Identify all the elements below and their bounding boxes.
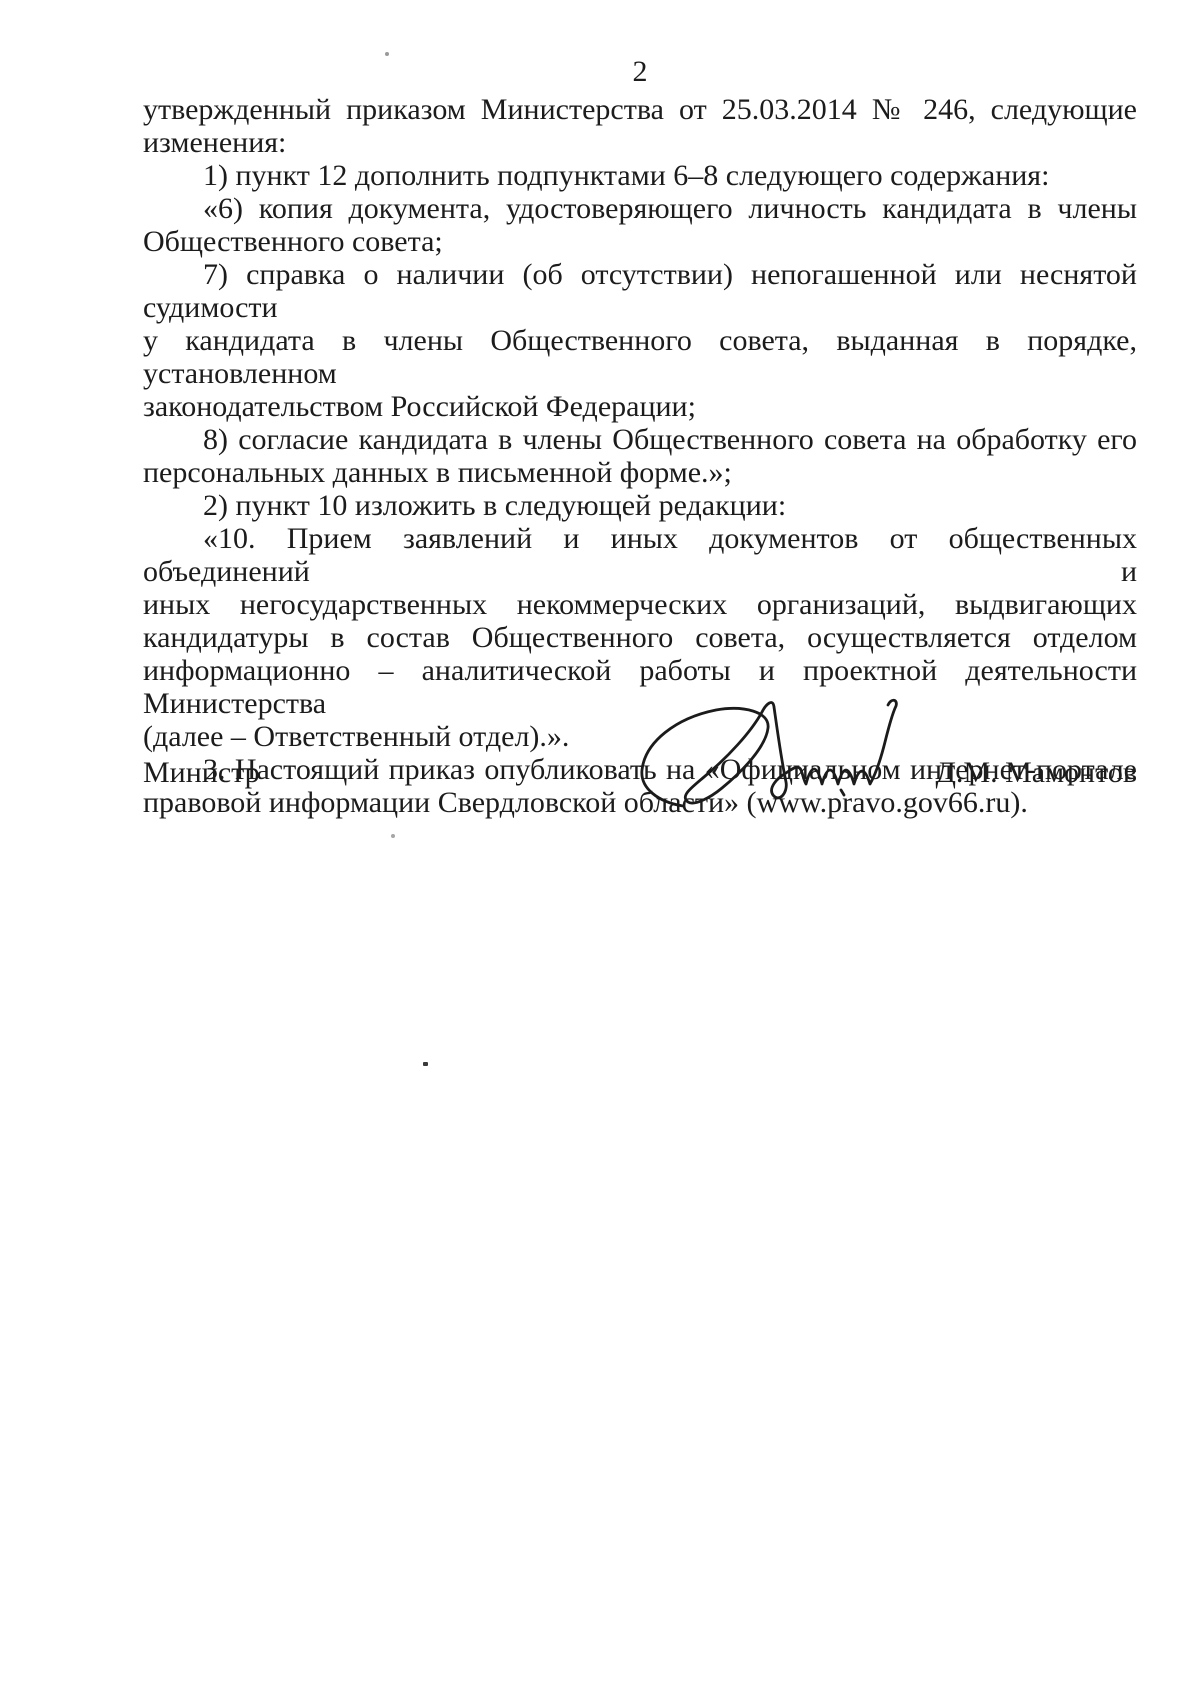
doc-line: у кандидата в члены Общественного совета… (143, 324, 1137, 390)
doc-line: 8) согласие кандидата в члены Общественн… (143, 423, 1137, 456)
doc-line: законодательством Российской Федерации; (143, 390, 1137, 423)
doc-line: кандидатуры в состав Общественного совет… (143, 621, 1137, 654)
doc-line: Общественного совета; (143, 225, 1137, 258)
doc-line: утвержденный приказом Министерства от 25… (143, 93, 1137, 126)
doc-line: «10. Прием заявлений и иных документов о… (143, 522, 1137, 588)
page-number: 2 (143, 55, 1137, 88)
doc-line: 1) пункт 12 дополнить подпунктами 6–8 сл… (143, 159, 1137, 192)
doc-line: персональных данных в письменной форме.»… (143, 456, 1137, 489)
doc-line: 2) пункт 10 изложить в следующей редакци… (143, 489, 1137, 522)
doc-line: изменения: (143, 126, 1137, 159)
signature-role-label: Министр (143, 756, 260, 789)
signature-autograph-icon (628, 686, 928, 821)
scan-speck (391, 834, 395, 838)
signature-name-label: Д.М. Мамонтов (935, 756, 1137, 789)
scan-speck (385, 52, 389, 56)
doc-line: 7) справка о наличии (об отсутствии) неп… (143, 258, 1137, 324)
scan-speck (423, 1062, 428, 1066)
doc-line: иных негосударственных некоммерческих ор… (143, 588, 1137, 621)
document-page: 2 утвержденный приказом Министерства от … (0, 0, 1200, 1697)
doc-line: «6) копия документа, удостоверяющего лич… (143, 192, 1137, 225)
